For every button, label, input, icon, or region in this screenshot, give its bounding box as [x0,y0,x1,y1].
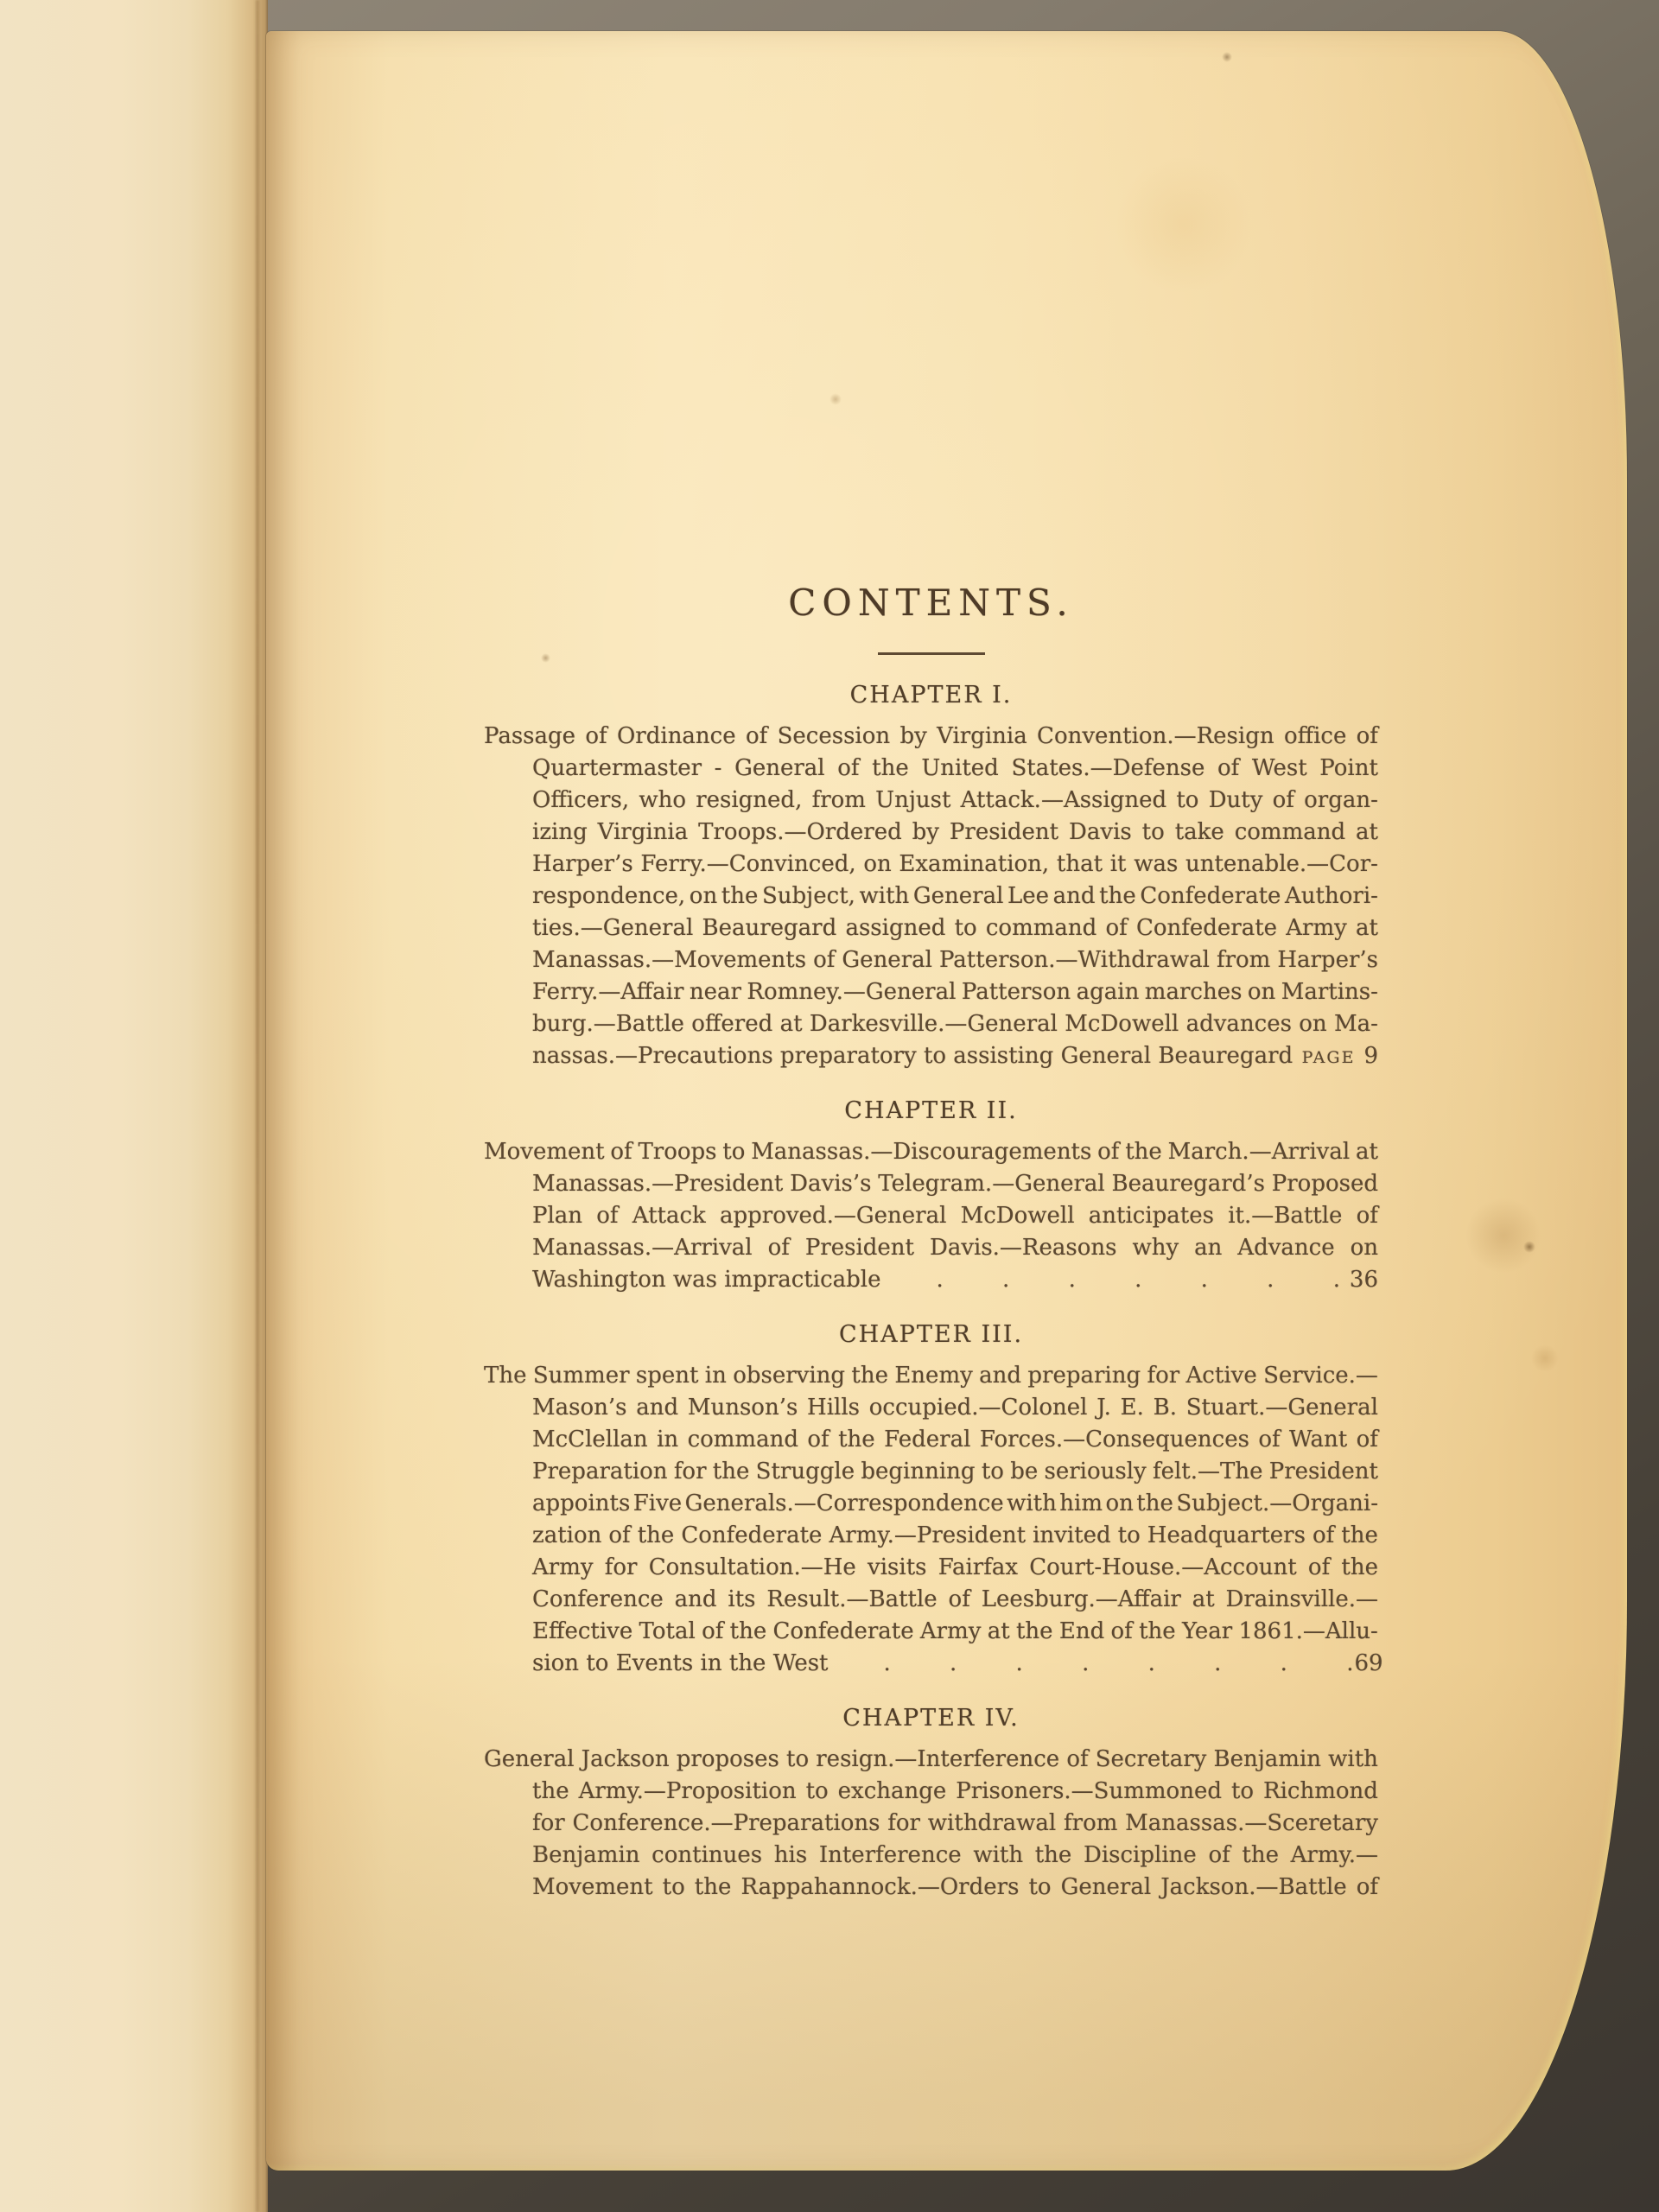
summary-line: burg.—BattleofferedatDarkesville.—Genera… [484,1008,1378,1040]
page-number: 36 [1350,1267,1378,1293]
summary-line: zationoftheConfederateArmy.—Presidentinv… [484,1520,1378,1552]
summary-line: Harper’sFerry.—Convinced,onExamination,t… [484,849,1378,880]
summary-line: MovementtotheRappahannock.—OrderstoGener… [484,1872,1378,1904]
summary-line: ArmyforConsultation.—HevisitsFairfaxCour… [484,1552,1378,1584]
chapters: CHAPTER I.PassageofOrdinanceofSecessionb… [484,681,1378,1904]
facing-page-edge [0,0,268,2212]
chapter-summary: TheSummerspentinobservingtheEnemyandprep… [484,1360,1378,1680]
summary-line: izingVirginiaTroops.—OrderedbyPresidentD… [484,817,1378,849]
summary-line: TheSummerspentinobservingtheEnemyandprep… [484,1360,1378,1392]
summary-line: PassageofOrdinanceofSecessionbyVirginiaC… [484,721,1378,753]
summary-line: appointsFiveGenerals.—Correspondencewith… [484,1488,1378,1520]
summary-line: theArmy.—PropositiontoexchangePrisoners.… [484,1776,1378,1808]
chapter-heading: CHAPTER III. [484,1320,1378,1350]
summary-line: ConferenceanditsResult.—BattleofLeesburg… [484,1584,1378,1616]
summary-line: MovementofTroopstoManassas.—Discourageme… [484,1136,1378,1168]
page-reference: 36 [1350,1264,1378,1296]
chapter-heading: CHAPTER II. [484,1096,1378,1126]
gutter-crease [256,0,259,2212]
summary-line: Manassas.—PresidentDavis’sTelegram.—Gene… [484,1168,1378,1200]
summary-last-line: nassas.—Precautions preparatory to assis… [484,1040,1378,1072]
summary-last-line: sion to Events in the West. . . . . . . … [484,1648,1378,1680]
summary-line: Quartermaster-GeneraloftheUnitedStates.—… [484,753,1378,785]
chapter-1: CHAPTER I.PassageofOrdinanceofSecessionb… [484,681,1378,1072]
page-number: 69 [1354,1650,1382,1676]
page-label: PAGE [1302,1048,1356,1067]
chapter-3: CHAPTER III.TheSummerspentinobservingthe… [484,1320,1378,1680]
summary-line: EffectiveTotaloftheConfederateArmyattheE… [484,1616,1378,1648]
book-photo-background: CONTENTS. CHAPTER I.PassageofOrdinanceof… [0,0,1659,2212]
summary-line: PreparationfortheStrugglebeginningtobese… [484,1456,1378,1488]
summary-last-line: Washington was impracticable. . . . . . … [484,1264,1378,1296]
chapter-summary: MovementofTroopstoManassas.—Discourageme… [484,1136,1378,1296]
summary-line: ties.—GeneralBeauregardassignedtocommand… [484,912,1378,944]
summary-line: forConference.—Preparationsforwithdrawal… [484,1808,1378,1840]
leader-dots: . . . . . . . [937,1264,1341,1296]
page-reference: 69 [1354,1648,1382,1680]
chapter-heading: CHAPTER I. [484,681,1378,710]
summary-line: PlanofAttackapproved.—GeneralMcDowellant… [484,1200,1378,1232]
summary-line: Mason’sandMunson’sHillsoccupied.—Colonel… [484,1392,1378,1424]
page-number: 9 [1363,1043,1378,1069]
summary-line: McClellanincommandoftheFederalForces.—Co… [484,1424,1378,1456]
summary-line: Manassas.—ArrivalofPresidentDavis.—Reaso… [484,1232,1378,1264]
summary-line: Manassas.—MovementsofGeneralPatterson.—W… [484,944,1378,976]
page-title: CONTENTS. [484,585,1378,621]
chapter-summary: PassageofOrdinanceofSecessionbyVirginiaC… [484,721,1378,1072]
leader-dots: . . . . . . . . [884,1648,1355,1680]
chapter-4: CHAPTER IV.GeneralJacksonproposestoresig… [484,1704,1378,1904]
contents-page: CONTENTS. CHAPTER I.PassageofOrdinanceof… [266,31,1627,2171]
summary-line: GeneralJacksonproposestoresign.—Interfer… [484,1744,1378,1776]
page-reference: PAGE9 [1302,1040,1378,1074]
title-rule [878,652,985,655]
summary-line: respondence,ontheSubject,withGeneralLeea… [484,880,1378,912]
summary-line: Ferry.—AffairnearRomney.—GeneralPatterso… [484,976,1378,1008]
summary-line: Officers,whoresigned,fromUnjustAttack.—A… [484,785,1378,817]
summary-line: BenjamincontinueshisInterferencewiththeD… [484,1840,1378,1872]
table-of-contents: CONTENTS. CHAPTER I.PassageofOrdinanceof… [484,585,1378,1904]
chapter-heading: CHAPTER IV. [484,1704,1378,1733]
chapter-summary: GeneralJacksonproposestoresign.—Interfer… [484,1744,1378,1904]
chapter-2: CHAPTER II.MovementofTroopstoManassas.—D… [484,1096,1378,1296]
